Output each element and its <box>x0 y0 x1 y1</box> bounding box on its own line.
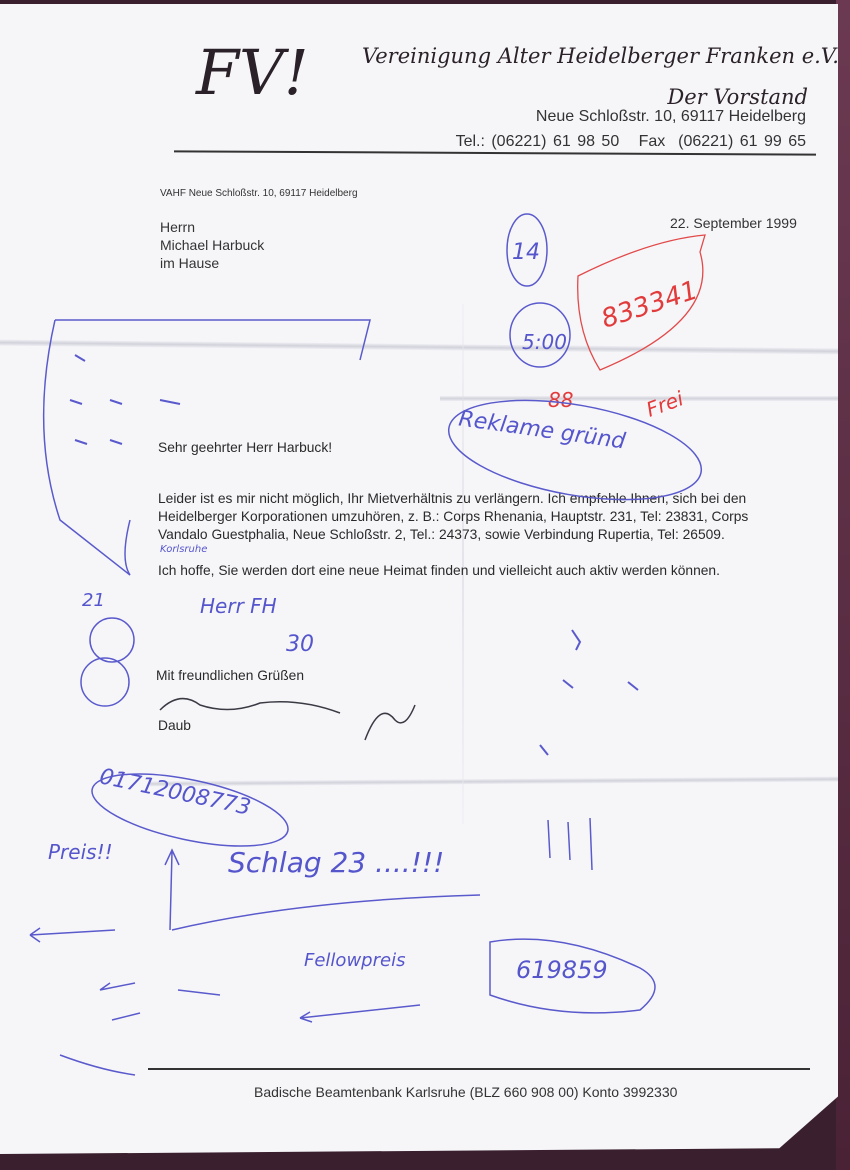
body-line: Heidelberger Korporationen umzuhören, z.… <box>158 508 748 526</box>
background-backing <box>836 0 850 1170</box>
body-line: Ich hoffe, Sie werden dort eine neue Hei… <box>158 562 720 580</box>
paper-crease <box>440 396 838 401</box>
recipient-name: Michael Harbuck <box>160 236 264 254</box>
handwritten-14: 14 <box>512 240 540 265</box>
handwritten-phrase: Schlag 23 ....!!! <box>228 846 444 879</box>
handwritten-21: 21 <box>82 590 105 611</box>
board-title: Der Vorstand <box>667 85 808 109</box>
signer-name: Daub <box>158 717 191 735</box>
handwritten-red-88: 88 <box>548 388 573 412</box>
handwritten-30: 30 <box>286 632 314 657</box>
handwritten-preis: Preis!! <box>48 840 113 864</box>
handwritten-phone-2: 619859 <box>516 956 608 984</box>
sender-line: VAHF Neue Schloßstr. 10, 69117 Heidelber… <box>160 188 358 199</box>
paper-crease <box>0 340 838 355</box>
logo-monogram: FV! <box>196 42 309 104</box>
footer-divider <box>148 1068 810 1070</box>
letterhead-address: Neue Schloßstr. 10, 69117 Heidelberg <box>536 108 806 126</box>
recipient-block: Herrn Michael Harbuck im Hause <box>160 218 264 272</box>
organization-name: Vereinigung Alter Heidelberger Franken e… <box>362 44 839 68</box>
body-line: Vandalo Guestphalia, Neue Schloßstr. 2, … <box>158 526 725 544</box>
letter-date: 22. September 1999 <box>670 215 797 231</box>
handwritten-time: 5:00 <box>522 330 567 354</box>
letterhead-phone-fax: Tel.: (06221) 61 98 50 Fax (06221) 61 99… <box>456 133 806 151</box>
handwritten-fellow-note: Fellowpreis <box>304 950 405 971</box>
salutation: Sehr geehrter Herr Harbuck! <box>158 439 332 457</box>
recipient-line: im Hause <box>160 254 264 272</box>
handwritten-name-note: Herr FH <box>200 594 277 618</box>
recipient-line: Herrn <box>160 218 264 236</box>
paper-crease <box>150 777 838 787</box>
handwritten-under-body: Korlsruhe <box>160 544 207 555</box>
body-line: Leider ist es mir nicht möglich, Ihr Mie… <box>158 490 746 508</box>
bank-footer: Badische Beamtenbank Karlsruhe (BLZ 660 … <box>254 1084 677 1100</box>
closing: Mit freundlichen Grüßen <box>156 667 304 685</box>
